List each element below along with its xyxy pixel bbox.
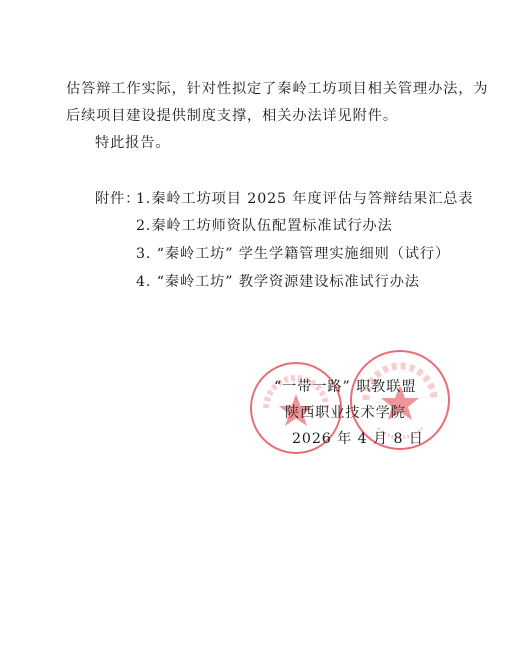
body-text-line-2: 后续项目建设提供制度支撑，相关办法详见附件。: [66, 107, 398, 125]
signature-org-2: 陕西职业技术学院: [285, 404, 406, 422]
attachments-label: 附件：: [95, 190, 140, 208]
closing-remark: 特此报告。: [95, 134, 170, 152]
attachment-item-3: 3. “秦岭工坊” 学生学籍管理实施细则（试行）: [136, 245, 450, 263]
attachment-item-4: 4. “秦岭工坊” 教学资源建设标准试行办法: [136, 273, 420, 291]
body-text-line-1: 估答辩工作实际，针对性拟定了秦岭工坊项目相关管理办法，为: [66, 80, 488, 98]
signature-date: 2026 年 4 月 8 日: [292, 430, 424, 448]
signature-org-1: “一带一路” 职教联盟: [274, 378, 416, 396]
document-page: 估答辩工作实际，针对性拟定了秦岭工坊项目相关管理办法，为 后续项目建设提供制度支…: [0, 0, 520, 667]
attachment-item-2: 2.秦岭工坊师资队伍配置标准试行办法: [136, 217, 393, 235]
attachment-item-1: 1.秦岭工坊项目 2025 年度评估与答辩结果汇总表: [136, 190, 473, 208]
